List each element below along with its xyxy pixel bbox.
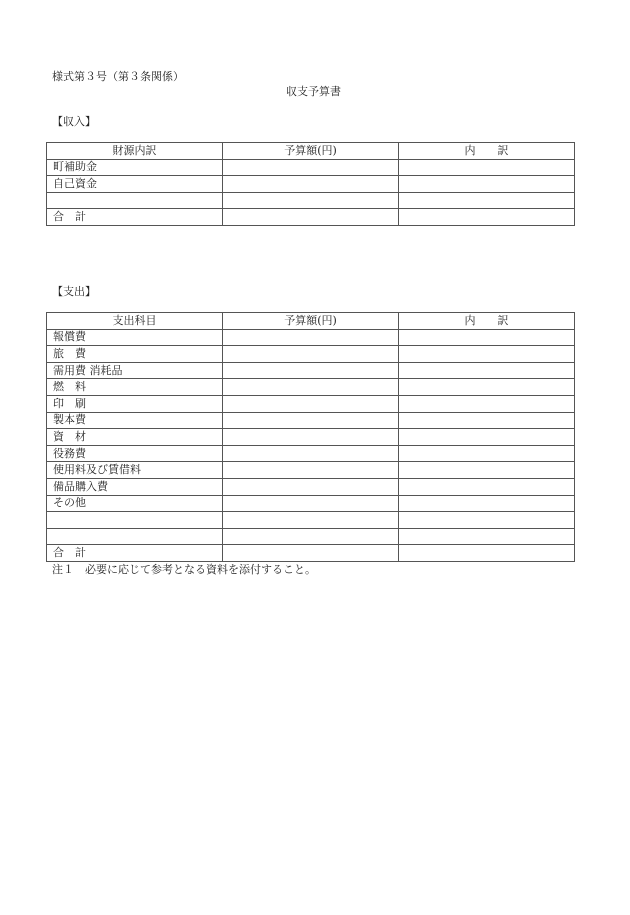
expense-row-label: 燃 料 <box>47 379 223 396</box>
expense-amount-cell[interactable] <box>223 462 399 479</box>
table-row: 合 計 <box>47 545 575 562</box>
income-breakdown-cell[interactable] <box>399 192 575 209</box>
income-header-breakdown: 内 訳 <box>399 143 575 160</box>
expense-row-label: 役務費 <box>47 445 223 462</box>
expense-row-label: その他 <box>47 495 223 512</box>
expense-row-label[interactable] <box>47 528 223 545</box>
table-row: 自己資金 <box>47 176 575 193</box>
expense-table: 支出科目 予算額(円) 内 訳 報償費 旅 費 需用費 消耗品 燃 料 印 刷 … <box>46 312 575 562</box>
income-header-amount: 予算額(円) <box>223 143 399 160</box>
expense-breakdown-cell[interactable] <box>399 362 575 379</box>
table-row: 備品購入費 <box>47 478 575 495</box>
table-row: 使用料及び賃借料 <box>47 462 575 479</box>
expense-breakdown-cell[interactable] <box>399 445 575 462</box>
expense-amount-cell[interactable] <box>223 395 399 412</box>
expense-amount-cell[interactable] <box>223 429 399 446</box>
table-row <box>47 512 575 529</box>
expense-row-label: 印 刷 <box>47 395 223 412</box>
expense-total-label: 合 計 <box>47 545 223 562</box>
table-row: 旅 費 <box>47 346 575 363</box>
expense-total-breakdown-cell[interactable] <box>399 545 575 562</box>
income-breakdown-cell[interactable] <box>399 159 575 176</box>
income-row-label: 自己資金 <box>47 176 223 193</box>
expense-header-breakdown: 内 訳 <box>399 313 575 330</box>
income-amount-cell[interactable] <box>223 159 399 176</box>
expense-amount-cell[interactable] <box>223 512 399 529</box>
table-row: 合 計 <box>47 209 575 226</box>
expense-row-label[interactable] <box>47 512 223 529</box>
table-row: 印 刷 <box>47 395 575 412</box>
expense-row-label: 使用料及び賃借料 <box>47 462 223 479</box>
expense-amount-cell[interactable] <box>223 362 399 379</box>
expense-section-label: 【支出】 <box>52 285 96 299</box>
expense-breakdown-cell[interactable] <box>399 528 575 545</box>
expense-breakdown-cell[interactable] <box>399 478 575 495</box>
table-row: その他 <box>47 495 575 512</box>
expense-amount-cell[interactable] <box>223 495 399 512</box>
income-total-amount-cell[interactable] <box>223 209 399 226</box>
document-title: 収支予算書 <box>286 85 341 99</box>
form-number-label: 様式第３号（第３条関係） <box>52 70 184 84</box>
table-row: 需用費 消耗品 <box>47 362 575 379</box>
income-row-label[interactable] <box>47 192 223 209</box>
expense-breakdown-cell[interactable] <box>399 395 575 412</box>
table-row <box>47 528 575 545</box>
expense-breakdown-cell[interactable] <box>399 512 575 529</box>
income-total-label: 合 計 <box>47 209 223 226</box>
expense-breakdown-cell[interactable] <box>399 495 575 512</box>
table-row: 資 材 <box>47 429 575 446</box>
income-breakdown-cell[interactable] <box>399 176 575 193</box>
income-header-row: 財源内訳 予算額(円) 内 訳 <box>47 143 575 160</box>
table-row: 燃 料 <box>47 379 575 396</box>
expense-row-label: 製本費 <box>47 412 223 429</box>
expense-breakdown-cell[interactable] <box>399 462 575 479</box>
expense-breakdown-cell[interactable] <box>399 379 575 396</box>
expense-row-label: 備品購入費 <box>47 478 223 495</box>
expense-row-label: 旅 費 <box>47 346 223 363</box>
expense-amount-cell[interactable] <box>223 412 399 429</box>
expense-row-label: 需用費 消耗品 <box>47 362 223 379</box>
attachment-note: 注１ 必要に応じて参考となる資料を添付すること。 <box>52 563 316 577</box>
income-table: 財源内訳 予算額(円) 内 訳 町補助金 自己資金 合 計 <box>46 142 575 226</box>
expense-header-row: 支出科目 予算額(円) 内 訳 <box>47 313 575 330</box>
income-amount-cell[interactable] <box>223 176 399 193</box>
income-row-label: 町補助金 <box>47 159 223 176</box>
income-amount-cell[interactable] <box>223 192 399 209</box>
expense-amount-cell[interactable] <box>223 445 399 462</box>
expense-amount-cell[interactable] <box>223 478 399 495</box>
income-header-source: 財源内訳 <box>47 143 223 160</box>
expense-breakdown-cell[interactable] <box>399 346 575 363</box>
table-row: 町補助金 <box>47 159 575 176</box>
expense-header-item: 支出科目 <box>47 313 223 330</box>
expense-row-label: 資 材 <box>47 429 223 446</box>
expense-amount-cell[interactable] <box>223 346 399 363</box>
expense-amount-cell[interactable] <box>223 329 399 346</box>
expense-breakdown-cell[interactable] <box>399 429 575 446</box>
expense-header-amount: 予算額(円) <box>223 313 399 330</box>
table-row: 報償費 <box>47 329 575 346</box>
table-row: 役務費 <box>47 445 575 462</box>
income-section-label: 【収入】 <box>52 115 96 129</box>
expense-amount-cell[interactable] <box>223 528 399 545</box>
income-total-breakdown-cell[interactable] <box>399 209 575 226</box>
table-row <box>47 192 575 209</box>
expense-total-amount-cell[interactable] <box>223 545 399 562</box>
table-row: 製本費 <box>47 412 575 429</box>
expense-amount-cell[interactable] <box>223 379 399 396</box>
expense-breakdown-cell[interactable] <box>399 412 575 429</box>
expense-breakdown-cell[interactable] <box>399 329 575 346</box>
expense-row-label: 報償費 <box>47 329 223 346</box>
